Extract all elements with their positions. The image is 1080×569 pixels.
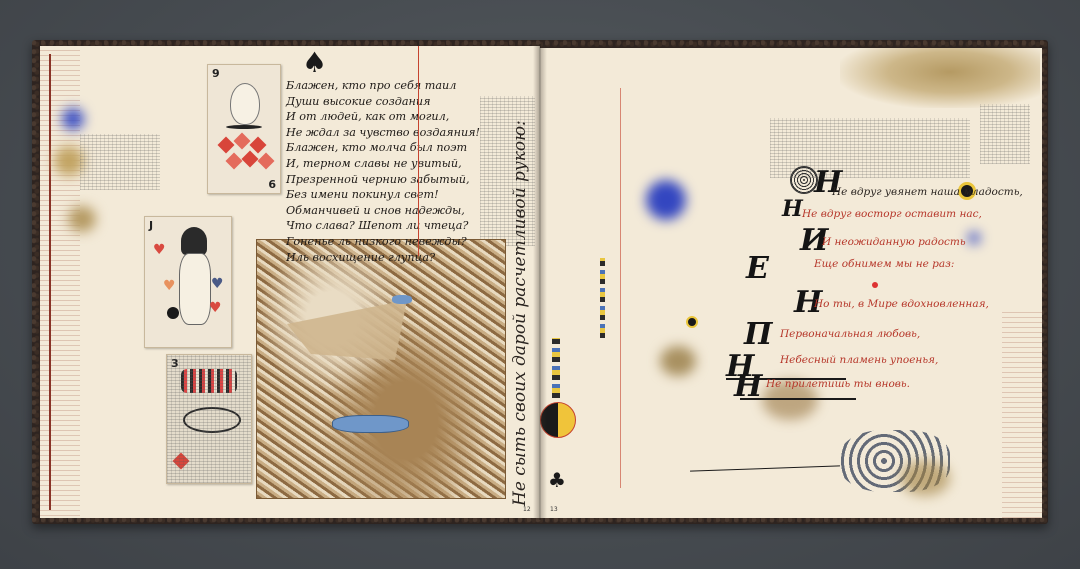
landscape-etching bbox=[256, 239, 506, 499]
book-spine-gutter bbox=[533, 44, 547, 520]
calligraphy-line: Но ты, в Мире вдохновленная, bbox=[814, 298, 989, 310]
heart-pip: ♥ bbox=[163, 279, 176, 293]
calligraphy-line: Еще обнимем мы не раз: bbox=[814, 258, 954, 270]
poem-line: Без имени покинул свет! bbox=[286, 187, 516, 203]
red-ink-line bbox=[418, 46, 419, 256]
diamond-pip bbox=[226, 153, 243, 170]
calligraphy-line: Первоначальная любовь, bbox=[780, 328, 920, 340]
yellow-ring-dot-2 bbox=[686, 316, 698, 328]
diamond-pip bbox=[242, 151, 259, 168]
striped-ornament-2 bbox=[600, 258, 605, 338]
calligraphy-line: Небесный пламень упоенья, bbox=[780, 354, 938, 366]
diamond-pip bbox=[218, 137, 235, 154]
margin-line bbox=[49, 54, 51, 510]
heart-pip: ♥ bbox=[211, 277, 224, 291]
card-rank-top: 9 bbox=[212, 67, 220, 80]
initial-letter: Н bbox=[782, 198, 803, 220]
card-rank-bottom: 6 bbox=[268, 178, 276, 191]
striped-ornament bbox=[552, 338, 560, 398]
black-dot bbox=[167, 307, 179, 319]
right-page: ♣ 13 Н Н И Е Н П Н Н Не вдруг увянет наш… bbox=[540, 48, 1042, 518]
gold-smudge bbox=[900, 460, 950, 496]
gray-texture-patch-2 bbox=[980, 104, 1030, 164]
calligraphy-line: Не вдруг восторг оставит нас, bbox=[802, 208, 982, 220]
left-page: ♠ 9 6 J ♥ ♥ ♥ ♥ 3 Блажен, к bbox=[40, 46, 540, 518]
poem-line: И, терном славы не увитый, bbox=[286, 156, 516, 172]
diamond-pip bbox=[258, 153, 275, 170]
gold-spray-spot-2 bbox=[68, 206, 96, 232]
ink-stroke bbox=[740, 398, 856, 400]
poem-line: Что слава? Шепот ли чтеца? bbox=[286, 218, 516, 234]
red-ink-line bbox=[620, 88, 621, 488]
blue-lake bbox=[332, 415, 409, 433]
calligraphy-line: Не вдруг увянет наша младость, bbox=[832, 186, 1023, 198]
playing-card-jack: J ♥ ♥ ♥ ♥ bbox=[144, 216, 232, 348]
gray-texture-patch bbox=[80, 134, 160, 190]
calligraphy-line: И неожиданную радость bbox=[822, 236, 966, 248]
blue-spray-spot-2 bbox=[968, 232, 980, 244]
poem-line: Блажен, кто молча был поэт bbox=[286, 140, 516, 156]
diamond-pip bbox=[250, 137, 267, 154]
mustache bbox=[226, 125, 262, 129]
blue-lake-small bbox=[392, 295, 412, 304]
initial-letter: Е bbox=[746, 254, 769, 284]
diamond-pip bbox=[234, 133, 251, 150]
vertical-inscription: Не сыть своих дарой расчетливой рукою: bbox=[510, 120, 530, 506]
heart-pip: ♥ bbox=[209, 301, 222, 315]
gold-spray-spot bbox=[660, 346, 696, 376]
blue-spray-spot bbox=[62, 108, 84, 130]
page-number-right: 13 bbox=[550, 506, 558, 513]
figure-body bbox=[179, 253, 211, 325]
blue-spray-spot bbox=[646, 180, 686, 220]
poem-text: Блажен, кто про себя таил Души высокие с… bbox=[286, 78, 516, 265]
club-icon: ♣ bbox=[548, 468, 566, 492]
poem-line: И от людей, как от могил, bbox=[286, 109, 516, 125]
etched-texture bbox=[167, 355, 251, 483]
playing-card-three: 3 bbox=[166, 354, 252, 484]
card-rank-top: J bbox=[149, 219, 153, 232]
poem-line: Иль восхищение глупца? bbox=[286, 250, 516, 266]
fan-shape bbox=[287, 300, 407, 360]
page-number-left: 12 bbox=[523, 506, 531, 513]
calligraphy-line: Не прилетишь ты вновь. bbox=[766, 378, 910, 390]
pear-figure bbox=[230, 83, 260, 125]
red-dot bbox=[872, 282, 878, 288]
ink-stroke bbox=[690, 465, 840, 471]
heart-pip: ♥ bbox=[153, 243, 166, 257]
poem-line: Блажен, кто про себя таил bbox=[286, 78, 516, 94]
poem-line: Обманчивей и снов надежды, bbox=[286, 203, 516, 219]
poem-line: Не ждал за чувство воздаяния! bbox=[286, 125, 516, 141]
poem-line: Презренной чернию забытый, bbox=[286, 172, 516, 188]
initial-letter: П bbox=[744, 320, 772, 350]
red-speckle-edge bbox=[1002, 308, 1042, 518]
poem-line: Гоненье ль низкого невежды? bbox=[286, 234, 516, 250]
gold-wash bbox=[840, 48, 1040, 108]
figure-hair bbox=[181, 227, 207, 255]
playing-card-nine: 9 6 bbox=[207, 64, 281, 194]
spade-icon: ♠ bbox=[302, 46, 327, 79]
poem-line: Души высокие создания bbox=[286, 94, 516, 110]
